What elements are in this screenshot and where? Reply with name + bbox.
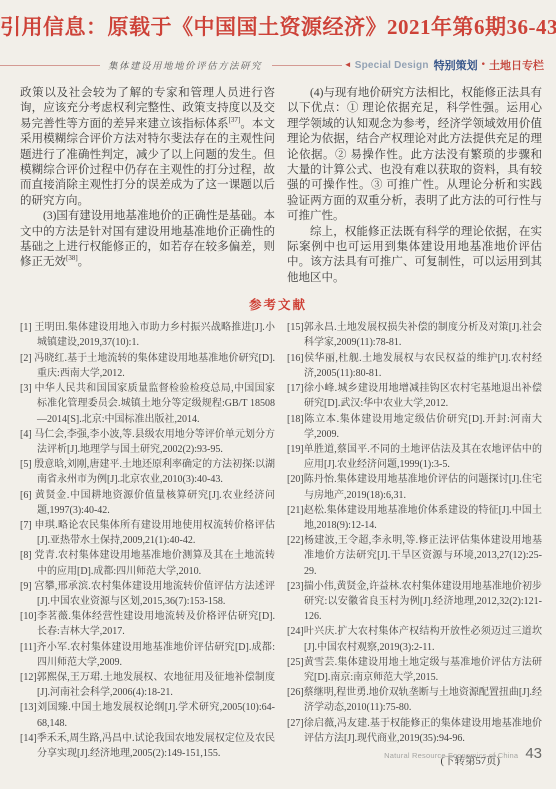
reference-number: [18] <box>287 414 304 425</box>
reference-number: [10] <box>20 611 37 622</box>
reference-number: [11] <box>20 642 36 653</box>
references-columns: [1] 王明田.集体建设用地入市助力乡村振兴战略推进[J].小城镇建设,2019… <box>0 320 556 769</box>
reference-number: [13] <box>20 702 37 713</box>
reference-number: [4] <box>20 429 34 440</box>
reference-item: [25]黄雪芸.集体建设用地土地定级与基准地价评估方法研究[D].南京:南京师范… <box>287 655 542 685</box>
paragraph-text: 。 <box>78 256 90 268</box>
reference-number: [19] <box>287 444 304 455</box>
reference-item: [1] 王明田.集体建设用地入市助力乡村振兴战略推进[J].小城镇建设,2019… <box>20 320 275 350</box>
reference-item: [3] 中华人民共和国国家质量监督检验检疫总局,中国国家标准化管理委员会.城镇土… <box>20 381 275 427</box>
references-heading: 参考文献 <box>0 295 556 313</box>
reference-text: 黄雪芸.集体建设用地土地定级与基准地价评估方法研究[D].南京:南京师范大学,2… <box>304 657 542 683</box>
column-name-label: 土地日专栏 <box>489 57 544 73</box>
reference-text: 李茗薇.集体经营性建设用地流转及价格评估研究[D].长春:吉林大学,2017. <box>37 611 275 637</box>
reference-item: [11]齐小军.农村集体建设用地基准地价评估研究[D].成都:四川师范大学,20… <box>20 640 275 670</box>
reference-number: [23] <box>287 581 304 592</box>
reference-text: 杨建波,王令超,李永明,等.修正法评估集体建设用地基准地价方法研究[J].干旱区… <box>304 535 542 576</box>
reference-number: [8] <box>20 550 35 561</box>
paragraph-text: 。本文采用模糊综合评价方法对特尔斐法存在的主观性问题进行了准确性判定，减少了以上… <box>20 118 275 207</box>
reference-item: [17]徐小峰.城乡建设用地增减挂钩区农村宅基地退出补偿研究[D].武汉:华中农… <box>287 381 542 411</box>
reference-text: 黄贤金.中国耕地资源价值量核算研究[J].农业经济问题,1997(3):40-4… <box>35 490 275 516</box>
reference-item: [8] 党青.农村集体建设用地基准地价测算及其在土地流转中的应用[D].成都:四… <box>20 548 275 578</box>
reference-number: [2] <box>20 353 34 364</box>
references-left-column: [1] 王明田.集体建设用地入市助力乡村振兴战略推进[J].小城镇建设,2019… <box>20 320 275 769</box>
body-right-column: (4)与现有地价研究方法相比，权能修正法具有以下优点：① 理论依据充足，科学性强… <box>287 86 542 286</box>
reference-item: [5] 殷意晗,刘刚,唐建平.土地还原利率确定的方法初探:以湖南省永州市为例[J… <box>20 457 275 487</box>
paragraph-text: (3)国有建设用地基准地价的正确性是基础。本文中的方法是针对国有建设用地基准地价… <box>20 210 275 268</box>
reference-text: 齐小军.农村集体建设用地基准地价评估研究[D].成都:四川师范大学,2009. <box>36 642 275 668</box>
reference-number: [6] <box>20 490 35 501</box>
left-arrow-icon: ◄ <box>344 61 352 69</box>
reference-text: 揣小伟,黄贤金,许益林.农村集体建设用地基准地价初步研究:以安徽省良玉村为例[J… <box>304 581 542 622</box>
references-right-column: [15]郭永昌.土地发展权损失补偿的制度分析及对策[J].社会科学家,2009(… <box>287 320 542 769</box>
body-left-column: 政策以及社会较为了解的专家和管理人员进行咨询，应该充分考虑权利完整性、政策支持度… <box>20 86 275 286</box>
reference-text: 党青.农村集体建设用地基准地价测算及其在土地流转中的应用[D].成都:四川师范大… <box>35 550 275 576</box>
citation-superscript: [38] <box>66 255 78 263</box>
reference-number: [7] <box>20 520 35 531</box>
reference-number: [27] <box>287 718 304 729</box>
running-head: 集体建设用地地价评估方法研究 ◄ Special Design 特别策划 · 土… <box>0 56 556 74</box>
body-text-columns: 政策以及社会较为了解的专家和管理人员进行咨询，应该充分考虑权利完整性、政策支持度… <box>0 86 556 286</box>
reference-text: 季禾禾,周生路,冯昌中.试论我国农地发展权定位及农民分享实现[J].经济地理,2… <box>37 733 275 759</box>
body-paragraph: (3)国有建设用地基准地价的正确性是基础。本文中的方法是针对国有建设用地基准地价… <box>20 209 275 271</box>
references-right-list: [15]郭永昌.土地发展权损失补偿的制度分析及对策[J].社会科学家,2009(… <box>287 320 542 746</box>
reference-text: 徐启薇,冯友建.基于权能修正的集体建设用地基准地价评估方法[J].现代商业,20… <box>304 718 542 744</box>
reference-item: [18]陈立本.集体建设用地定级估价研究[D].开封:河南大学,2009. <box>287 412 542 442</box>
reference-number: [24] <box>287 626 304 637</box>
running-head-rule-mid <box>272 65 342 66</box>
reference-text: 宫攀,邢承滨.农村集体建设用地流转价值评估方法述评[J].中国农业资源与区划,2… <box>34 581 275 607</box>
reference-text: 赵松.集体建设用地基准地价体系建设的特征[J].中国土地,2018(9):12-… <box>304 505 542 531</box>
reference-number: [15] <box>287 322 304 333</box>
section-label-cn: 特别策划 <box>434 57 478 73</box>
reference-item: [10]李茗薇.集体经营性建设用地流转及价格评估研究[D].长春:吉林大学,20… <box>20 609 275 639</box>
reference-text: 蔡继明,程世勇.地价双轨垄断与土地资源配置扭曲[J].经济学动态,2010(11… <box>304 687 542 713</box>
reference-text: 郭熙保,王万珺.土地发展权、农地征用及征地补偿制度[J].河南社会科学,2006… <box>37 672 275 698</box>
reference-number: [16] <box>287 353 304 364</box>
reference-item: [20]陈丹怡.集体建设用地基准地价评估的问题探讨[J].住宅与房地产,2019… <box>287 472 542 502</box>
reference-text: 陈立本.集体建设用地定级估价研究[D].开封:河南大学,2009. <box>304 414 542 440</box>
reference-number: [3] <box>20 383 35 394</box>
body-paragraph: 综上，权能修正法既有科学的理论依据，在实际案例中也可运用到集体建设用地基准地价评… <box>287 225 542 287</box>
reference-number: [17] <box>287 383 304 394</box>
reference-text: 殷意晗,刘刚,唐建平.土地还原利率确定的方法初探:以湖南省永州市为例[J].北京… <box>34 459 275 485</box>
reference-text: 申琪.略论农民集体所有建设用地使用权流转价格评估[J].亚热带水土保持,2009… <box>35 520 275 546</box>
reference-item: [12]郭熙保,王万珺.土地发展权、农地征用及征地补偿制度[J].河南社会科学,… <box>20 670 275 700</box>
reference-text: 中华人民共和国国家质量监督检验检疫总局,中国国家标准化管理委员会.城镇土地分等定… <box>35 383 275 424</box>
reference-number: [26] <box>287 687 304 698</box>
body-paragraph: 政策以及社会较为了解的专家和管理人员进行咨询，应该充分考虑权利完整性、政策支持度… <box>20 86 275 209</box>
page-number: 43 <box>525 745 542 762</box>
reference-text: 马仁会,李强,李小波,等.县级农用地分等评价单元划分方法评析[J].地理学与国土… <box>34 429 275 455</box>
reference-item: [2] 冯晓红.基于土地流转的集体建设用地基准地价研究[D].重庆:西南大学,2… <box>20 351 275 381</box>
section-label-en: Special Design <box>355 60 429 71</box>
running-head-paper-title: 集体建设用地地价评估方法研究 <box>108 58 262 72</box>
reference-text: 徐小峰.城乡建设用地增减挂钩区农村宅基地退出补偿研究[D].武汉:华中农业大学,… <box>304 383 542 409</box>
body-paragraph: (4)与现有地价研究方法相比，权能修正法具有以下优点：① 理论依据充足，科学性强… <box>287 86 542 225</box>
reference-item: [24]叶兴庆.扩大农村集体产权结构开放性必须迈过三道坎[J].中国农村观察,2… <box>287 624 542 654</box>
reference-number: [1] <box>20 322 34 333</box>
reference-item: [6] 黄贤金.中国耕地资源价值量核算研究[J].农业经济问题,1997(3):… <box>20 488 275 518</box>
reference-text: 单胜道,蔡国平.不同的土地评估法及其在农地评估中的应用[J].农业经济问题,19… <box>304 444 542 470</box>
reference-item: [16]侯华丽,杜舰.土地发展权与农民权益的维护[J].农村经济,2005(11… <box>287 351 542 381</box>
reference-item: [7] 申琪.略论农民集体所有建设用地使用权流转价格评估[J].亚热带水土保持,… <box>20 518 275 548</box>
reference-text: 侯华丽,杜舰.土地发展权与农民权益的维护[J].农村经济,2005(11):80… <box>304 353 542 379</box>
running-head-rule-left <box>0 65 100 66</box>
reference-item: [4] 马仁会,李强,李小波,等.县级农用地分等评价单元划分方法评析[J].地理… <box>20 427 275 457</box>
reference-number: [25] <box>287 657 304 668</box>
citation-banner: 引用信息：原载于《中国国土资源经济》2021年第6期36-43页 <box>0 0 556 41</box>
reference-item: [13]刘国臻.中国土地发展权论纲[J].学术研究,2005(10):64-68… <box>20 700 275 730</box>
citation-superscript: [37] <box>229 116 241 124</box>
reference-number: [21] <box>287 505 304 516</box>
reference-item: [21]赵松.集体建设用地基准地价体系建设的特征[J].中国土地,2018(9)… <box>287 503 542 533</box>
reference-number: [12] <box>20 672 37 683</box>
reference-item: [26]蔡继明,程世勇.地价双轨垄断与土地资源配置扭曲[J].经济学动态,201… <box>287 685 542 715</box>
reference-number: [14] <box>20 733 37 744</box>
reference-item: [19]单胜道,蔡国平.不同的土地评估法及其在农地评估中的应用[J].农业经济问… <box>287 442 542 472</box>
reference-number: [20] <box>287 474 304 485</box>
reference-item: [15]郭永昌.土地发展权损失补偿的制度分析及对策[J].社会科学家,2009(… <box>287 320 542 350</box>
reference-item: [9] 宫攀,邢承滨.农村集体建设用地流转价值评估方法述评[J].中国农业资源与… <box>20 579 275 609</box>
reference-text: 叶兴庆.扩大农村集体产权结构开放性必须迈过三道坎[J].中国农村观察,2019(… <box>304 626 542 652</box>
journal-page: 引用信息：原载于《中国国土资源经济》2021年第6期36-43页 集体建设用地地… <box>0 0 556 789</box>
reference-text: 冯晓红.基于土地流转的集体建设用地基准地价研究[D].重庆:西南大学,2012. <box>34 353 275 379</box>
section-separator-dot: · <box>481 56 486 74</box>
journal-name-english: Natural Resource Economics of China <box>384 751 518 760</box>
reference-item: [22]杨建波,王令超,李永明,等.修正法评估集体建设用地基准地价方法研究[J]… <box>287 533 542 579</box>
reference-item: [14]季禾禾,周生路,冯昌中.试论我国农地发展权定位及农民分享实现[J].经济… <box>20 731 275 761</box>
reference-text: 郭永昌.土地发展权损失补偿的制度分析及对策[J].社会科学家,2009(11):… <box>304 322 542 348</box>
reference-text: 刘国臻.中国土地发展权论纲[J].学术研究,2005(10):64-68,148… <box>37 702 275 728</box>
reference-number: [9] <box>20 581 34 592</box>
reference-text: 王明田.集体建设用地入市助力乡村振兴战略推进[J].小城镇建设,2019,37(… <box>34 322 275 348</box>
reference-item: [27]徐启薇,冯友建.基于权能修正的集体建设用地基准地价评估方法[J].现代商… <box>287 716 542 746</box>
reference-number: [22] <box>287 535 304 546</box>
reference-item: [23]揣小伟,黄贤金,许益林.农村集体建设用地基准地价初步研究:以安徽省良玉村… <box>287 579 542 625</box>
reference-number: [5] <box>20 459 34 470</box>
page-footer: Natural Resource Economics of China 43 <box>384 745 542 762</box>
reference-text: 陈丹怡.集体建设用地基准地价评估的问题探讨[J].住宅与房地产,2019(18)… <box>304 474 542 500</box>
